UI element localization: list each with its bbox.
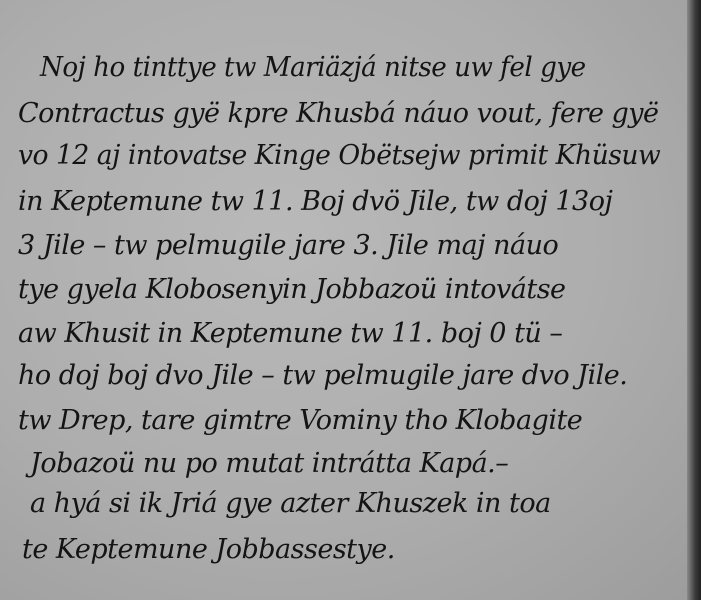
text-line-7: aw Khusit in Keptemune tw 11. boj 0 tü – xyxy=(18,318,562,349)
manuscript-page: Noj ho tinttye tw Mariäzjá nitse uw fel … xyxy=(0,0,701,600)
text-line-6: tye gyela Klobosenyin Jobbazoü intovátse xyxy=(18,274,566,305)
text-line-4: in Keptemune tw 11. Boj dvö Jile, tw doj… xyxy=(18,186,612,217)
text-line-11: a hyá si ik Jriá gye azter Khuszek in to… xyxy=(30,488,551,519)
text-line-12: te Keptemune Jobbassestye. xyxy=(22,534,395,565)
text-line-1: Noj ho tinttye tw Mariäzjá nitse uw fel … xyxy=(40,52,660,83)
text-line-8: ho doj boj dvo Jile – tw pelmugile jare … xyxy=(18,360,627,391)
text-line-9: tw Drep, tare gimtre Vominy tho Klobagit… xyxy=(18,405,582,436)
text-line-2: Contractus gyë kpre Khusbá náuo vout, fe… xyxy=(18,98,659,129)
text-line-3: vo 12 aj intovatse Kinge Obëtsejw primit… xyxy=(18,140,660,171)
text-line-10: Jobazoü nu po mutat intrátta Kapá.– xyxy=(30,448,508,479)
text-line-5: 3 Jile – tw pelmugile jare 3. Jile maj n… xyxy=(18,230,558,261)
page-edge-shadow xyxy=(687,0,701,600)
